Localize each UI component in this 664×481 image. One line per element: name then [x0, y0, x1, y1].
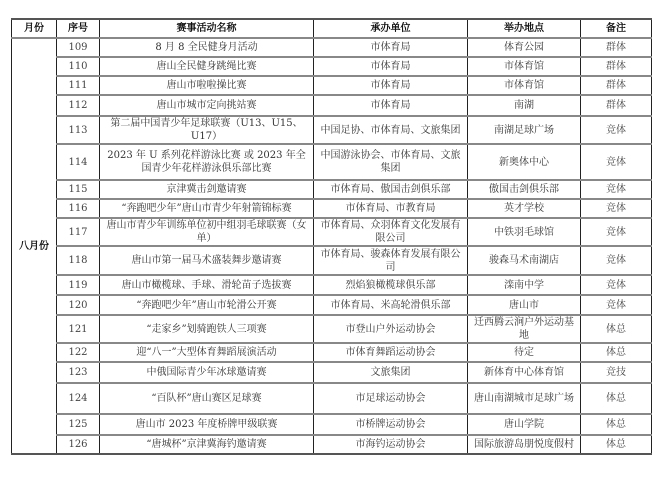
table-row: 118唐山市第一届马术盛装舞步邀请赛市体育局、骏森体育发展有限公司骏森马术南湖店… — [12, 246, 652, 275]
table-row: 126“唐城杯”京津冀海钓邀请赛市海钓运动协会国际旅游岛朋悦度假村体总 — [12, 435, 652, 454]
organizer: 市体育局、傲国击剑俱乐部 — [314, 180, 468, 199]
event-name: 唐山全民健身跳绳比赛 — [100, 57, 314, 76]
table-row: 121“走家乡”划骑跑铁人三项赛市登山户外运动协会迁西腾云涧户外运动基地体总 — [12, 315, 652, 343]
event-name: “奔跑吧少年”唐山市轮滑公开赛 — [100, 295, 314, 315]
organizer: 市足球运动协会 — [314, 383, 468, 414]
table-row: 1142023 年 U 系列花样游泳比赛 或 2023 年全国青少年花样游泳俱乐… — [12, 144, 652, 180]
note: 体总 — [581, 383, 652, 414]
note: 竞体 — [581, 218, 652, 246]
month-cell: 八月份 — [12, 38, 57, 454]
row-number: 115 — [57, 180, 100, 199]
event-name: 中俄国际青少年冰球邀请赛 — [100, 362, 314, 383]
organizer: 市体育局 — [314, 95, 468, 116]
row-number: 116 — [57, 199, 100, 218]
venue: 南湖足球广场 — [468, 116, 581, 144]
organizer: 市体育局、众羽体育文化发展有限公司 — [314, 218, 468, 246]
event-schedule-table: 月份 序号 赛事活动名称 承办单位 举办地点 备注 八月份1098 月 8 全民… — [11, 18, 652, 455]
table-row: 八月份1098 月 8 全民健身月活动市体育局体育公园群体 — [12, 38, 652, 57]
venue: 唐山南湖城市足球广场 — [468, 383, 581, 414]
note: 竞体 — [581, 180, 652, 199]
event-name: 唐山市 2023 年度桥牌甲级联赛 — [100, 414, 314, 435]
row-number: 126 — [57, 435, 100, 454]
header-note: 备注 — [581, 19, 652, 38]
table-row: 125唐山市 2023 年度桥牌甲级联赛市桥牌运动协会唐山学院体总 — [12, 414, 652, 435]
event-name: “走家乡”划骑跑铁人三项赛 — [100, 315, 314, 343]
venue: 国际旅游岛朋悦度假村 — [468, 435, 581, 454]
organizer: 烈焰狼橄榄球俱乐部 — [314, 275, 468, 295]
venue: 待定 — [468, 343, 581, 362]
venue: 市体育馆 — [468, 76, 581, 95]
note: 群体 — [581, 38, 652, 57]
table-row: 113第二届中国青少年足球联赛（U13、U15、U17）中国足协、市体育局、文旅… — [12, 116, 652, 144]
note: 竞体 — [581, 199, 652, 218]
organizer: 市体育局 — [314, 57, 468, 76]
header-month: 月份 — [12, 19, 57, 38]
row-number: 114 — [57, 144, 100, 180]
note: 体总 — [581, 414, 652, 435]
organizer: 市桥牌运动协会 — [314, 414, 468, 435]
venue: 唐山市 — [468, 295, 581, 315]
note: 竞体 — [581, 144, 652, 180]
row-number: 117 — [57, 218, 100, 246]
row-number: 120 — [57, 295, 100, 315]
event-name: 唐山市青少年训练单位初中组羽毛球联赛（女单） — [100, 218, 314, 246]
event-name: 2023 年 U 系列花样游泳比赛 或 2023 年全国青少年花样游泳俱乐部比赛 — [100, 144, 314, 180]
note: 竞体 — [581, 295, 652, 315]
venue: 体育公园 — [468, 38, 581, 57]
note: 体总 — [581, 315, 652, 343]
venue: 傲国击剑俱乐部 — [468, 180, 581, 199]
table-row: 119唐山市橄榄球、手球、滑轮苗子选拔赛烈焰狼橄榄球俱乐部滦南中学竞体 — [12, 275, 652, 295]
table-row: 123中俄国际青少年冰球邀请赛文旅集团新体育中心体育馆竞技 — [12, 362, 652, 383]
event-name: 唐山市第一届马术盛装舞步邀请赛 — [100, 246, 314, 275]
event-name: 迎“八一”大型体育舞蹈展演活动 — [100, 343, 314, 362]
organizer: 市体育局、市教育局 — [314, 199, 468, 218]
venue: 滦南中学 — [468, 275, 581, 295]
organizer: 市登山户外运动协会 — [314, 315, 468, 343]
row-number: 122 — [57, 343, 100, 362]
table-row: 117唐山市青少年训练单位初中组羽毛球联赛（女单）市体育局、众羽体育文化发展有限… — [12, 218, 652, 246]
table-header-row: 月份 序号 赛事活动名称 承办单位 举办地点 备注 — [12, 19, 652, 38]
table-row: 122迎“八一”大型体育舞蹈展演活动市体育舞蹈运动协会待定体总 — [12, 343, 652, 362]
venue: 市体育馆 — [468, 57, 581, 76]
event-name: 唐山市橄榄球、手球、滑轮苗子选拔赛 — [100, 275, 314, 295]
note: 群体 — [581, 76, 652, 95]
venue: 唐山学院 — [468, 414, 581, 435]
note: 群体 — [581, 95, 652, 116]
note: 群体 — [581, 57, 652, 76]
organizer: 中国足协、市体育局、文旅集团 — [314, 116, 468, 144]
organizer: 市体育局、骏森体育发展有限公司 — [314, 246, 468, 275]
table-body: 八月份1098 月 8 全民健身月活动市体育局体育公园群体110唐山全民健身跳绳… — [12, 38, 652, 454]
event-name: “百队杯”唐山赛区足球赛 — [100, 383, 314, 414]
row-number: 118 — [57, 246, 100, 275]
organizer: 市海钓运动协会 — [314, 435, 468, 454]
venue: 新奥体中心 — [468, 144, 581, 180]
organizer: 文旅集团 — [314, 362, 468, 383]
row-number: 113 — [57, 116, 100, 144]
row-number: 123 — [57, 362, 100, 383]
header-event-name: 赛事活动名称 — [100, 19, 314, 38]
row-number: 112 — [57, 95, 100, 116]
organizer: 市体育局 — [314, 76, 468, 95]
header-venue: 举办地点 — [468, 19, 581, 38]
organizer: 中国游泳协会、市体育局、文旅集团 — [314, 144, 468, 180]
table-row: 116“奔跑吧少年”唐山市青少年射箭锦标赛市体育局、市教育局英才学校竞体 — [12, 199, 652, 218]
event-name: “奔跑吧少年”唐山市青少年射箭锦标赛 — [100, 199, 314, 218]
row-number: 124 — [57, 383, 100, 414]
row-number: 109 — [57, 38, 100, 57]
row-number: 125 — [57, 414, 100, 435]
note: 体总 — [581, 435, 652, 454]
row-number: 121 — [57, 315, 100, 343]
organizer: 市体育舞蹈运动协会 — [314, 343, 468, 362]
table-row: 111唐山市啦啦操比赛市体育局市体育馆群体 — [12, 76, 652, 95]
venue: 南湖 — [468, 95, 581, 116]
table-row: 120“奔跑吧少年”唐山市轮滑公开赛市体育局、米高轮滑俱乐部唐山市竞体 — [12, 295, 652, 315]
note: 竞体 — [581, 275, 652, 295]
venue: 迁西腾云涧户外运动基地 — [468, 315, 581, 343]
header-organizer: 承办单位 — [314, 19, 468, 38]
note: 竞体 — [581, 116, 652, 144]
note: 竞体 — [581, 246, 652, 275]
table-row: 124“百队杯”唐山赛区足球赛市足球运动协会唐山南湖城市足球广场体总 — [12, 383, 652, 414]
event-name: 8 月 8 全民健身月活动 — [100, 38, 314, 57]
organizer: 市体育局 — [314, 38, 468, 57]
row-number: 119 — [57, 275, 100, 295]
event-name: 唐山市啦啦操比赛 — [100, 76, 314, 95]
venue: 中铁羽毛球馆 — [468, 218, 581, 246]
note: 竞技 — [581, 362, 652, 383]
table-row: 115京津冀击剑邀请赛市体育局、傲国击剑俱乐部傲国击剑俱乐部竞体 — [12, 180, 652, 199]
table-row: 110唐山全民健身跳绳比赛市体育局市体育馆群体 — [12, 57, 652, 76]
venue: 新体育中心体育馆 — [468, 362, 581, 383]
event-name: 京津冀击剑邀请赛 — [100, 180, 314, 199]
row-number: 111 — [57, 76, 100, 95]
event-name: 唐山市城市定向挑站赛 — [100, 95, 314, 116]
venue: 骏森马术南湖店 — [468, 246, 581, 275]
organizer: 市体育局、米高轮滑俱乐部 — [314, 295, 468, 315]
header-number: 序号 — [57, 19, 100, 38]
event-name: 第二届中国青少年足球联赛（U13、U15、U17） — [100, 116, 314, 144]
venue: 英才学校 — [468, 199, 581, 218]
note: 体总 — [581, 343, 652, 362]
row-number: 110 — [57, 57, 100, 76]
event-name: “唐城杯”京津冀海钓邀请赛 — [100, 435, 314, 454]
table-row: 112唐山市城市定向挑站赛市体育局南湖群体 — [12, 95, 652, 116]
